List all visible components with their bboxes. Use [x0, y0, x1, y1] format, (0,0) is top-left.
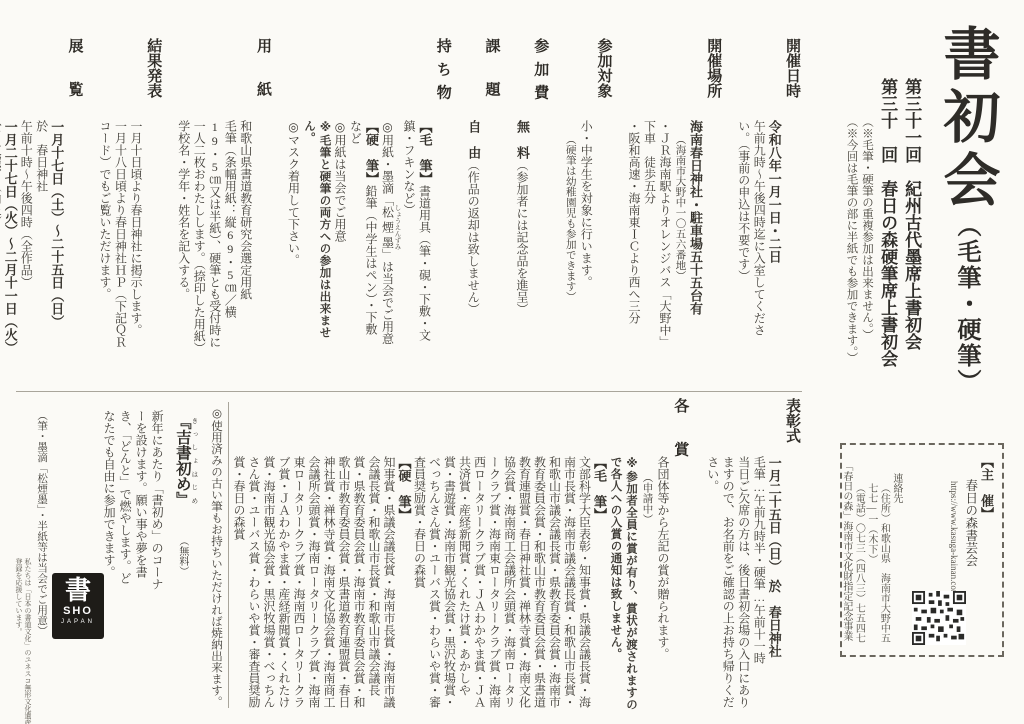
section-datetime: 開催日時 令和八年一月一日・二日 午前九時～午後四時迄に入室してください。（事前… — [735, 38, 802, 394]
subtitle-pen-event: 第三十 回 春日の森硬筆席上書初会 — [876, 24, 898, 440]
items-brush-note: ◎用紙・墨滴「松煙墨しょうえんずみ」は当会でご用意 — [379, 120, 401, 356]
theme-value: 自 由 — [466, 120, 481, 159]
exhibition-period-2: 一月二十七日（火）～二月十一日（火） — [2, 120, 18, 356]
ceremony-note: 当日ご欠席の方は、後日書初会場の入口にありますので、お名前をご確認の上お持ち帰り… — [704, 456, 751, 716]
awards-pen-label: 【硬 筆】 — [396, 456, 412, 716]
theme-line: 自 由（作品の返却は致しません） — [465, 120, 482, 356]
section-theme-body: 自 由（作品の返却は致しません） — [465, 38, 482, 356]
vertical-divider — [228, 402, 229, 708]
page-title-suffix: （毛筆・硬筆） — [953, 213, 979, 395]
subtitle-brush-event: 第三十一回 紀州古代墨席上書初会 — [900, 24, 922, 440]
section-exhibition: 展覧 一月十七日（土）～二十五日（日） 於 春日神社 午前十時～午後四時（全作品… — [0, 38, 85, 394]
section-items-heading: 持ち物 — [433, 38, 453, 394]
eligibility-text: 小・中学生を対象に行います。 — [578, 120, 594, 356]
items-pen-label: 【硬 筆】 — [364, 120, 379, 185]
organizer-contact-label: 連絡先 — [889, 455, 902, 645]
section-awards-heading: 各賞 — [670, 398, 690, 716]
qr-code-icon — [912, 591, 966, 645]
section-paper: 用紙 和歌山県書道教育研究会選定用紙 毛筆（条幅用紙：縦69・5㎝／横19・5㎝… — [175, 38, 273, 394]
fee-note: （参加者には記念品を進呈） — [515, 159, 529, 315]
section-items: 持ち物 【毛 筆】書道用具（筆・硯・下敷・文鎮・フキンなど） ◎用紙・墨滴「松煙… — [285, 38, 453, 394]
awards-intro-line: 各団体等から左記の賞が贈られます。（申請中） — [638, 456, 670, 716]
section-eligibility: 参加対象 小・中学生を対象に行います。 （硬筆は幼稚園児も参加できます） — [562, 38, 613, 394]
section-exhibition-heading: 展覧 — [64, 38, 84, 394]
section-results-heading: 結果発表 — [143, 38, 163, 394]
awards-pending: （申請中） — [639, 472, 655, 525]
shoenzumi-base: 松煙墨 — [381, 204, 395, 250]
results-posting: 一月十日頃より春日神社に掲示します。 — [128, 120, 144, 356]
items-brush-note-prefix: ◎用紙・墨滴「 — [381, 120, 395, 206]
section-ceremony-body: 一月二十五日（日） 於 春日神社 毛筆…午前九時半・硬筆…午前十一時 当日ご欠席… — [704, 398, 782, 716]
venue-address: （海南市大野中一〇五六番地） — [672, 120, 688, 356]
page-title: 書初会 — [935, 24, 998, 213]
kissho-ruby: 『吉書初め』きっしょはじめ — [174, 414, 191, 507]
section-eligibility-body: 小・中学生を対象に行います。 （硬筆は幼稚園児も参加できます） — [562, 38, 593, 356]
exhibition-period-1: 一月十七日（土）～二十五日（日） — [49, 120, 65, 356]
theme-note: （作品の返却は致しません） — [466, 159, 480, 315]
organizer-label: 【主 催】 — [978, 455, 994, 645]
section-eligibility-heading: 参加対象 — [593, 38, 613, 394]
section-venue-body: 海南春日神社・駐車場五十五台有 （海南市大野中一〇五六番地） ・ＪＲ海南駅よりオ… — [626, 38, 704, 356]
section-paper-heading: 用紙 — [253, 38, 273, 394]
section-awards-body: 各団体等から左記の賞が贈られます。（申請中） ※参加者全員に賞が有り、賞状が渡さ… — [231, 398, 670, 716]
exhibition-venue-1: 於 春日神社 — [33, 120, 49, 356]
organizer-phone: （電話）〇七三（四八三）七五四七 — [852, 455, 865, 645]
sho-japan-logo-subtext: JAPAN — [52, 618, 104, 626]
paper-details: 毛筆（条幅用紙：縦69・5㎝／横19・5㎝又は半紙）、硬筆とも受付時に一人二枚お… — [175, 120, 237, 356]
section-fee-body: 無 料（参加者には記念品を進呈） — [514, 38, 531, 356]
section-venue: 開催場所 海南春日神社・駐車場五十五台有 （海南市大野中一〇五六番地） ・ＪＲ海… — [626, 38, 724, 394]
section-datetime-body: 令和八年一月一日・二日 午前九時～午後四時迄に入室してください。（事前の申込は不… — [735, 38, 782, 356]
sho-japan-logo-text: SHO — [52, 605, 104, 618]
items-pen-note: ◎用紙は当会でご用意 — [332, 120, 348, 356]
section-fee-heading: 参加費 — [530, 38, 550, 394]
section-datetime-heading: 開催日時 — [782, 38, 802, 394]
sho-japan-caption: 私たちは「日本の書道文化」のユネスコ無形文化遺産登録を応援しています。 — [14, 558, 32, 724]
ceremony-times: 毛筆…午前九時半・硬筆…午前十一時 — [751, 456, 767, 716]
venue-access-bus: ・ＪＲ海南駅よりオレンジバス「大野中」下車 徒歩五分 — [641, 120, 672, 356]
section-ceremony: 表彰式 一月二十五日（日） 於 春日神社 毛筆…午前九時半・硬筆…午前十一時 当… — [704, 398, 802, 716]
title-block: 書初会（毛筆・硬筆） 第三十一回 紀州古代墨席上書初会 第三十 回 春日の森硬筆… — [802, 0, 1024, 440]
section-theme-heading: 課題 — [481, 38, 501, 394]
sho-japan-logo: 書 SHO JAPAN — [52, 573, 104, 639]
eligibility-note: （硬筆は幼稚園児も参加できます） — [562, 120, 578, 356]
items-mask-note: ◎マスク着用して下さい。 — [285, 120, 301, 356]
title-note-2: （※今回は毛筆の部に半紙でも参加できます。） — [843, 24, 859, 440]
kissho-region: ◎使用済みの古い筆もお持ちいただければ焼納出来ます。 『吉書初め』きっしょはじめ… — [12, 398, 224, 720]
event-date: 令和八年一月一日・二日 — [766, 120, 782, 356]
kissho-title-column: 『吉書初め』きっしょはじめ （無料） — [171, 398, 197, 720]
fee-line: 無 料（参加者には記念品を進呈） — [514, 120, 531, 356]
awards-note: ※参加者全員に賞が有り、賞状が渡されますので各人への入賞の通知は致しません。 — [607, 456, 638, 716]
used-brush-note: ◎使用済みの古い筆もお持ちいただければ焼納出来ます。 — [207, 398, 224, 716]
info-region: 開催日時 令和八年一月一日・二日 午前九時～午後四時迄に入室してください。（事前… — [16, 38, 802, 394]
section-results-body: 一月十日頃より春日神社に掲示します。 一月十八日頃より春日神社ＨＰ（下記ＱＲコー… — [97, 38, 144, 356]
kissho-supplies-note: （筆・墨滴「松煙墨」・半紙等は当会でご用意） — [34, 410, 48, 710]
kissho-free-label: （無料） — [175, 536, 189, 576]
section-paper-body: 和歌山県書道教育研究会選定用紙 毛筆（条幅用紙：縦69・5㎝／横19・5㎝又は半… — [175, 38, 253, 356]
ceremony-awards-region: 表彰式 一月二十五日（日） 於 春日神社 毛筆…午前九時半・硬筆…午前十一時 当… — [236, 398, 802, 716]
awards-intro: 各団体等から左記の賞が贈られます。 — [656, 456, 670, 660]
main-title-column: 書初会（毛筆・硬筆） — [936, 24, 996, 440]
section-theme: 課題 自 由（作品の返却は致しません） — [465, 38, 502, 394]
section-fee: 参加費 無 料（参加者には記念品を進呈） — [514, 38, 551, 394]
organizer-note: 「春日の森」海南市文化財指定記念事業 — [839, 455, 852, 645]
awards-pen-list: 知事賞・県議会議長賞・海南市長賞・海南市議会議長賞・和歌山市長賞・和歌山市議会議… — [231, 456, 396, 716]
organizer-box: 【主 催】 春日の森書芸会 https://www.kasuga-kainan.… — [840, 443, 1004, 657]
section-exhibition-body: 一月十七日（土）～二十五日（日） 於 春日神社 午前十時～午後四時（全作品） 一… — [0, 38, 64, 356]
awards-brush-label: 【毛 筆】 — [592, 456, 608, 716]
event-time-note: 午前九時～午後四時迄に入室してください。（事前の申込は不要です） — [735, 120, 766, 356]
organizer-address: （住所）和歌山県 海南市大野中五七七―一（木下） — [864, 455, 889, 645]
shoenzumi-ruby: 松煙墨しょうえんずみ — [381, 206, 395, 248]
section-items-body: 【毛 筆】書道用具（筆・硯・下敷・文鎮・フキンなど） ◎用紙・墨滴「松煙墨しょう… — [285, 38, 433, 356]
flyer-page: 書初会（毛筆・硬筆） 第三十一回 紀州古代墨席上書初会 第三十 回 春日の森硬筆… — [0, 0, 1024, 724]
items-pen-line: 【硬 筆】鉛筆（中学生はペン）・下敷 など — [347, 120, 379, 356]
kissho-description: 新年にあたり「書初め」のコーナーを設けます。願い事や夢を書き、「どんと」で燃やし… — [101, 398, 165, 590]
results-web: 一月十八日頃より春日神社ＨＰ（下記ＱＲコード）でもご覧いただけます。 — [97, 120, 128, 356]
items-brush-note-suffix: 」は当会でご用意 — [381, 248, 395, 344]
items-warning: ※毛筆と硬筆の両方への参加は出来ません。 — [301, 120, 332, 356]
sho-japan-logo-kanji: 書 — [52, 577, 104, 605]
awards-brush-list: 文部科学大臣表彰・知事賞・県議会議長賞・海南市長賞・海南市議会議長賞・和歌山市長… — [412, 456, 592, 716]
section-results: 結果発表 一月十日頃より春日神社に掲示します。 一月十八日頃より春日神社ＨＰ（下… — [97, 38, 164, 394]
section-ceremony-heading: 表彰式 — [782, 398, 802, 716]
items-brush-label: 【毛 筆】 — [418, 120, 433, 185]
exhibition-time-1: 午前十時～午後四時（全作品） — [18, 120, 34, 356]
kissho-furigana: きっしょはじめ — [190, 414, 197, 507]
title-note-1: （※毛筆・硬筆の重複参加は出来ません。） — [858, 24, 874, 440]
venue-name: 海南春日神社・駐車場五十五台有 — [688, 120, 704, 356]
paper-selection: 和歌山県書道教育研究会選定用紙 — [237, 120, 253, 356]
venue-access-car: ・阪和高速・海南東ＩＣより西へ三分 — [626, 120, 642, 356]
section-venue-heading: 開催場所 — [703, 38, 723, 394]
horizontal-divider — [16, 391, 802, 392]
shoenzumi-furigana: しょうえんずみ — [394, 204, 401, 250]
ceremony-date: 一月二十五日（日） 於 春日神社 — [766, 456, 782, 716]
fee-value: 無 料 — [515, 120, 530, 159]
items-brush-line: 【毛 筆】書道用具（筆・硯・下敷・文鎮・フキンなど） — [401, 120, 433, 356]
kissho-title: 『吉書初め』 — [174, 414, 191, 507]
section-awards: 各賞 各団体等から左記の賞が贈られます。（申請中） ※参加者全員に賞が有り、賞状… — [231, 398, 690, 716]
